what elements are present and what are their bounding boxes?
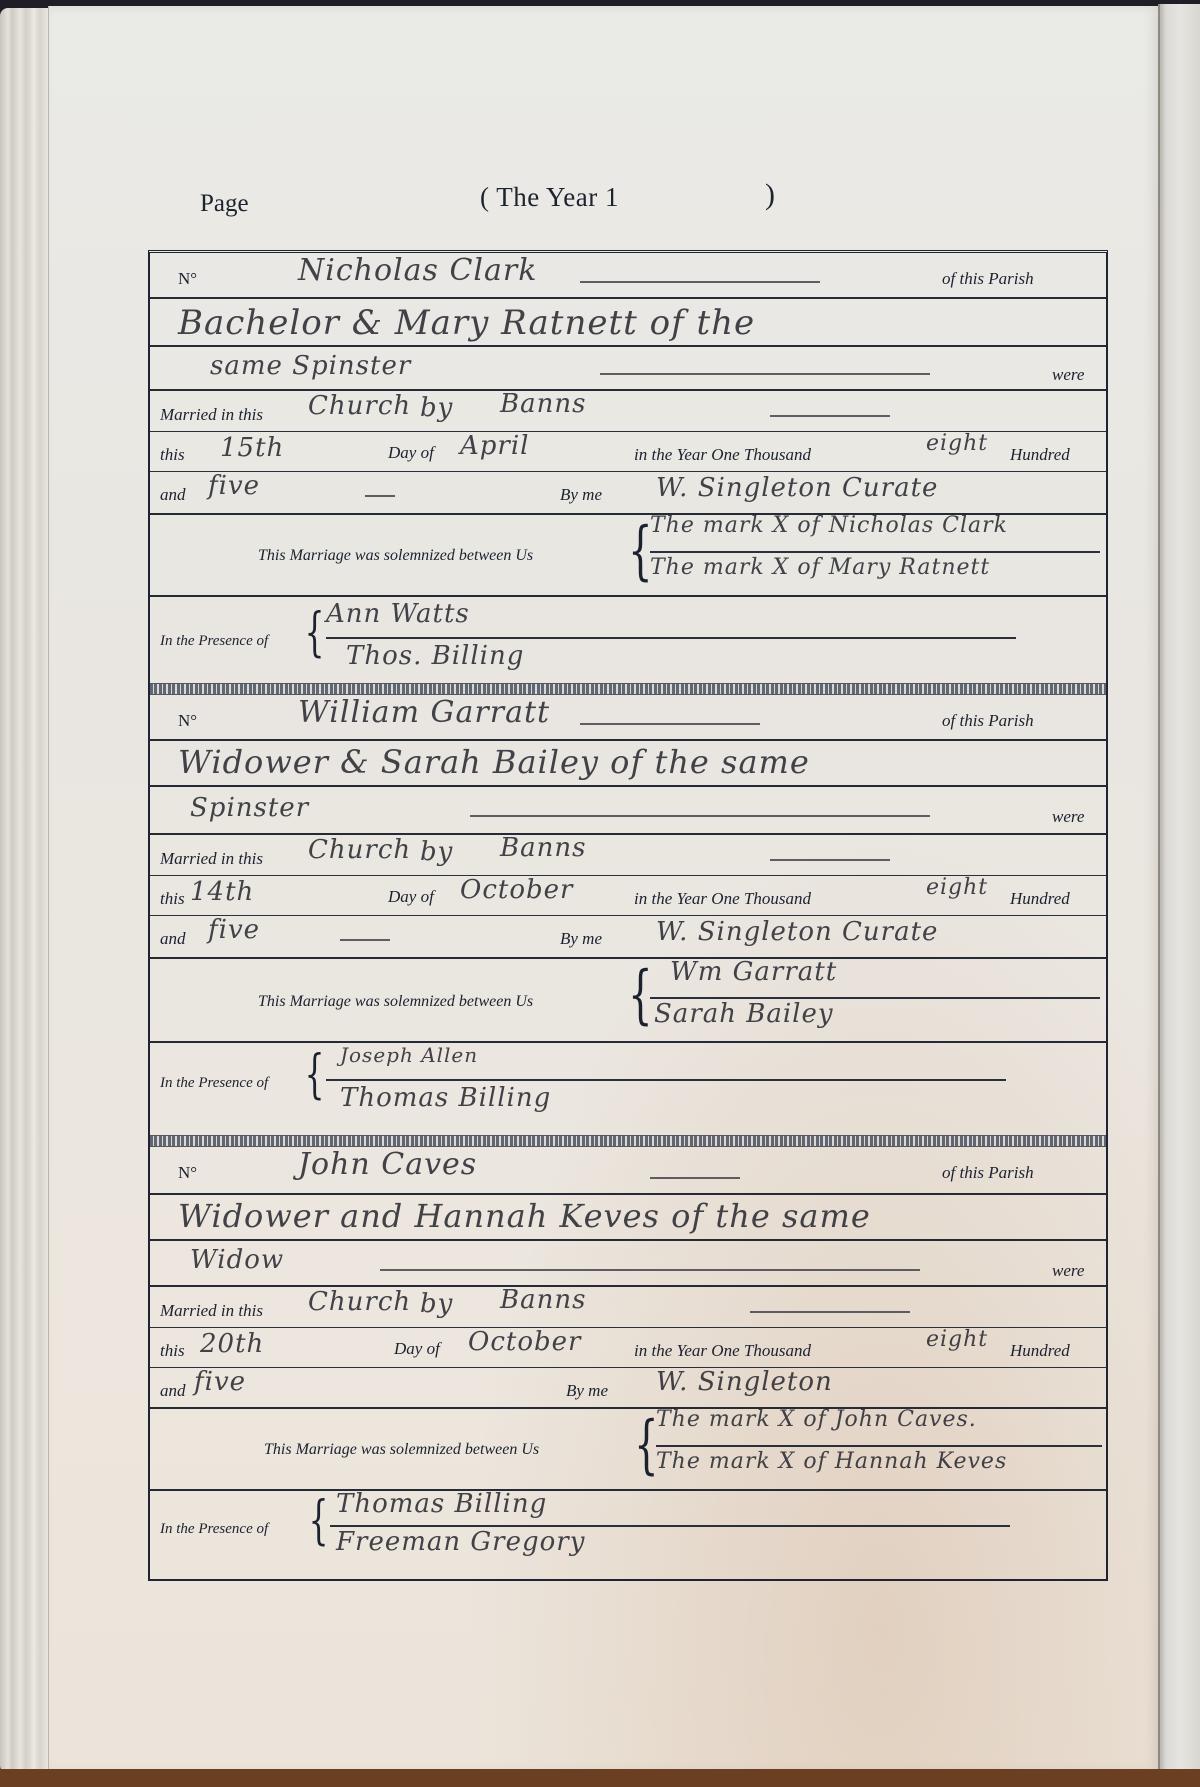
row-condition: Spinster were	[150, 785, 1106, 835]
filler-line	[365, 495, 395, 497]
this-label: this	[160, 1341, 185, 1361]
party-signature-2: The mark X of Mary Ratnett	[650, 555, 990, 580]
parties-text: Widower and Hannah Keves of the same	[178, 1197, 871, 1235]
filler-line	[770, 859, 890, 861]
place-text: Church	[308, 391, 411, 421]
this-label: this	[160, 445, 185, 465]
marriage-register-form: N° Nicholas Clark of this Parish Bachelo…	[148, 250, 1108, 1581]
condition-text: same Spinster	[210, 351, 411, 381]
day-of-label: Day of	[388, 887, 434, 907]
party-signature-1: The mark X of John Caves.	[656, 1407, 977, 1432]
facing-page-edge	[1158, 4, 1200, 1774]
row-married-in: Married in this Church by Banns	[150, 1285, 1106, 1328]
signature-line	[650, 551, 1100, 553]
of-this-parish-label: of this Parish	[942, 269, 1034, 289]
month-text: October	[468, 1327, 581, 1357]
row-witnesses: In the Presence of { Thomas Billing Free…	[150, 1489, 1106, 1577]
officiant-signature: W. Singleton Curate	[656, 917, 938, 947]
hundred-label: Hundred	[1010, 445, 1070, 465]
year-label: in the Year One Thousand	[634, 1341, 811, 1361]
signature-line	[326, 637, 1016, 639]
married-in-label: Married in this	[160, 1301, 263, 1321]
row-condition: Widow were	[150, 1239, 1106, 1287]
place-text: Church	[308, 835, 411, 865]
row-date: this 20th Day of October in the Year One…	[150, 1327, 1106, 1368]
filler-line	[580, 281, 820, 283]
number-label: N°	[178, 269, 197, 289]
row-parties: Widower & Sarah Bailey of the same	[150, 739, 1106, 787]
row-married-in: Married in this Church by Banns	[150, 833, 1106, 876]
presence-label: In the Presence of	[160, 1075, 268, 1092]
row-solemnized: This Marriage was solemnized between Us …	[150, 1407, 1106, 1491]
witness-2: Freeman Gregory	[336, 1527, 585, 1557]
row-officiant: and five By me W. Singleton Curate	[150, 471, 1106, 515]
row-groom: N° Nicholas Clark of this Parish	[150, 253, 1106, 299]
century-text: eight	[926, 431, 988, 456]
marriage-entry-1: N° Nicholas Clark of this Parish Bachelo…	[150, 253, 1106, 693]
month-text: April	[460, 431, 529, 461]
filler-line	[600, 373, 930, 375]
marriage-entry-3: N° John Caves of this Parish Widower and…	[150, 1145, 1106, 1579]
were-label: were	[1052, 1261, 1084, 1281]
day-of-label: Day of	[394, 1339, 440, 1359]
row-date: this 14th Day of October in the Year One…	[150, 875, 1106, 916]
party-signature-1: The mark X of Nicholas Clark	[650, 513, 1008, 538]
row-solemnized: This Marriage was solemnized between Us …	[150, 957, 1106, 1043]
and-label: and	[160, 485, 186, 505]
row-condition: same Spinster were	[150, 345, 1106, 391]
witness-2: Thomas Billing	[340, 1083, 551, 1113]
year-label: in the Year One Thousand	[634, 445, 811, 465]
groom-name: John Caves	[298, 1147, 477, 1182]
signature-line	[656, 1445, 1102, 1447]
filler-line	[340, 939, 390, 941]
condition-text: Widow	[190, 1245, 284, 1275]
solemnized-label: This Marriage was solemnized between Us	[264, 1441, 539, 1459]
by-me-label: By me	[560, 929, 602, 949]
presence-label: In the Presence of	[160, 633, 268, 650]
this-label: this	[160, 889, 185, 909]
filler-line	[380, 1269, 920, 1271]
groom-name: William Garratt	[298, 695, 550, 730]
of-this-parish-label: of this Parish	[942, 711, 1034, 731]
witness-1: Ann Watts	[326, 599, 470, 629]
brace-icon: {	[634, 1413, 658, 1477]
groom-name: Nicholas Clark	[298, 253, 537, 288]
brace-icon: {	[305, 1049, 325, 1101]
year-word-text: five	[208, 471, 260, 501]
were-label: were	[1052, 807, 1084, 827]
of-this-parish-label: of this Parish	[942, 1163, 1034, 1183]
month-text: October	[460, 875, 573, 905]
year-label: in the Year One Thousand	[634, 889, 811, 909]
table-surface	[0, 1769, 1200, 1787]
filler-line	[580, 723, 760, 725]
row-witnesses: In the Presence of { Ann Watts Thos. Bil…	[150, 595, 1106, 683]
by-text: by	[420, 837, 453, 867]
year-heading: ( The Year 1	[480, 182, 619, 213]
marriage-entry-2: N° William Garratt of this Parish Widowe…	[150, 693, 1106, 1133]
solemnized-label: This Marriage was solemnized between Us	[258, 547, 533, 565]
number-label: N°	[178, 1163, 197, 1183]
day-text: 15th	[220, 433, 284, 463]
by-text: by	[420, 1289, 453, 1319]
witness-1: Thomas Billing	[336, 1489, 547, 1519]
and-label: and	[160, 1381, 186, 1401]
and-label: and	[160, 929, 186, 949]
party-signature-2: Sarah Bailey	[654, 999, 834, 1029]
method-text: Banns	[500, 1285, 586, 1315]
married-in-label: Married in this	[160, 849, 263, 869]
officiant-signature: W. Singleton Curate	[656, 473, 938, 503]
signature-line	[326, 1079, 1006, 1081]
parties-text: Widower & Sarah Bailey of the same	[178, 743, 810, 781]
place-text: Church	[308, 1287, 411, 1317]
filler-line	[470, 815, 930, 817]
row-parties: Bachelor & Mary Ratnett of the	[150, 297, 1106, 347]
by-text: by	[420, 393, 453, 423]
brace-icon: {	[628, 963, 652, 1027]
row-parties: Widower and Hannah Keves of the same	[150, 1193, 1106, 1241]
row-married-in: Married in this Church by Banns	[150, 389, 1106, 432]
page-label: Page	[200, 190, 249, 218]
row-officiant: and five By me W. Singleton	[150, 1367, 1106, 1409]
presence-label: In the Presence of	[160, 1521, 268, 1538]
brace-icon: {	[309, 1495, 329, 1547]
day-of-label: Day of	[388, 443, 434, 463]
day-text: 14th	[190, 877, 254, 907]
officiant-signature: W. Singleton	[656, 1367, 833, 1397]
parties-text: Bachelor & Mary Ratnett of the	[178, 303, 755, 343]
witness-1: Joseph Allen	[340, 1043, 478, 1067]
method-text: Banns	[500, 833, 586, 863]
day-text: 20th	[200, 1329, 264, 1359]
year-heading-close: )	[765, 178, 775, 212]
hundred-label: Hundred	[1010, 889, 1070, 909]
year-word-text: five	[208, 915, 260, 945]
solemnized-label: This Marriage was solemnized between Us	[258, 993, 533, 1011]
row-groom: N° William Garratt of this Parish	[150, 693, 1106, 741]
method-text: Banns	[500, 389, 586, 419]
witness-2: Thos. Billing	[346, 641, 524, 671]
century-text: eight	[926, 875, 988, 900]
party-signature-1: Wm Garratt	[670, 957, 837, 987]
row-groom: N° John Caves of this Parish	[150, 1145, 1106, 1195]
party-signature-2: The mark X of Hannah Keves	[656, 1449, 1007, 1474]
filler-line	[650, 1177, 740, 1179]
number-label: N°	[178, 711, 197, 731]
married-in-label: Married in this	[160, 405, 263, 425]
row-witnesses: In the Presence of { Joseph Allen Thomas…	[150, 1041, 1106, 1123]
by-me-label: By me	[560, 485, 602, 505]
brace-icon: {	[628, 519, 652, 583]
row-solemnized: This Marriage was solemnized between Us …	[150, 513, 1106, 597]
filler-line	[770, 415, 890, 417]
row-date: this 15th Day of April in the Year One T…	[150, 431, 1106, 472]
condition-text: Spinster	[190, 793, 309, 823]
by-me-label: By me	[566, 1381, 608, 1401]
filler-line	[750, 1311, 910, 1313]
century-text: eight	[926, 1327, 988, 1352]
brace-icon: {	[305, 607, 325, 659]
hundred-label: Hundred	[1010, 1341, 1070, 1361]
row-officiant: and five By me W. Singleton Curate	[150, 915, 1106, 959]
were-label: were	[1052, 365, 1084, 385]
year-word-text: five	[194, 1367, 246, 1397]
